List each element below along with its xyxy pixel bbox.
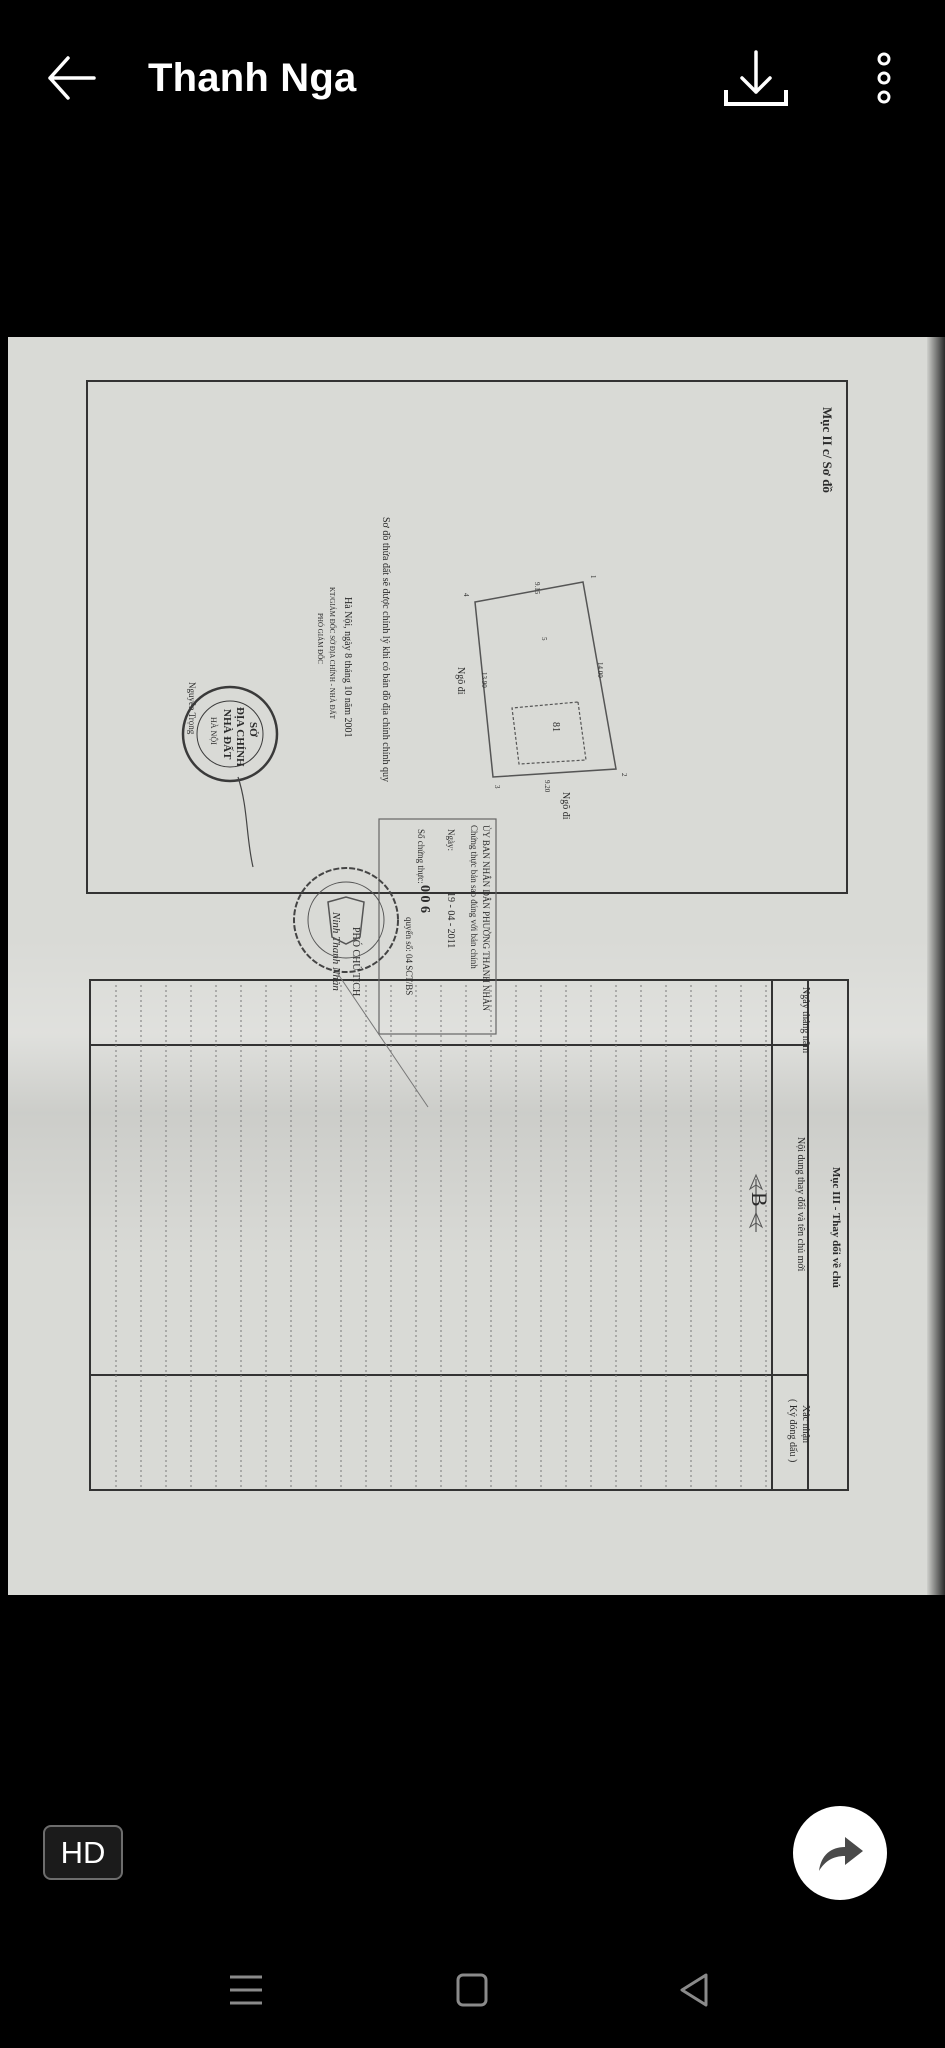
col-header-confirm-note: ( Ký đóng dấu ) xyxy=(787,1399,798,1462)
col-header-confirm: Xác nhận xyxy=(800,1405,811,1443)
svg-text:Số chứng thực:: Số chứng thực: xyxy=(416,829,426,884)
download-icon xyxy=(720,48,792,110)
svg-text:19 - 04 - 2011: 19 - 04 - 2011 xyxy=(445,892,456,948)
signer-title: KT/GIÁM ĐỐC SỞ ĐỊA CHÍNH - NHÀ ĐẤT xyxy=(328,587,336,720)
svg-text:1: 1 xyxy=(589,575,597,579)
svg-text:ỦY BAN NHÂN DÂN PHƯỜNG THANH N: ỦY BAN NHÂN DÂN PHƯỜNG THANH NHÀN xyxy=(481,825,491,1011)
hd-toggle-button[interactable]: HD xyxy=(43,1825,123,1880)
svg-text:Ninh Thanh Nhàn: Ninh Thanh Nhàn xyxy=(330,911,342,991)
section-ii-heading: Mục II c/ Sơ đồ xyxy=(820,407,835,493)
svg-text:Ngày:: Ngày: xyxy=(446,829,456,851)
svg-text:5: 5 xyxy=(540,637,548,641)
home-icon xyxy=(454,1972,490,2008)
share-button[interactable] xyxy=(793,1806,887,1900)
svg-text:SỞ: SỞ xyxy=(247,722,259,737)
nav-back-icon xyxy=(676,1972,712,2008)
section-iii-heading: Mục III - Thay đổi về chủ xyxy=(830,1167,842,1288)
back-button[interactable] xyxy=(44,50,100,106)
share-icon xyxy=(815,1831,865,1875)
svg-text:13.90: 13.90 xyxy=(480,672,488,688)
svg-text:Chứng thực bản sao đúng với bả: Chứng thực bản sao đúng với bản chính xyxy=(469,825,479,969)
recent-apps-icon xyxy=(228,1972,264,2008)
nav-back-button[interactable] xyxy=(676,1972,712,2008)
svg-text:9.20: 9.20 xyxy=(543,780,551,793)
svg-text:4: 4 xyxy=(462,593,470,597)
conversation-title: Thanh Nga xyxy=(148,56,356,101)
svg-text:3: 3 xyxy=(493,785,501,789)
north-arrow-icon: B xyxy=(747,1175,772,1232)
signer-subtitle: PHÓ GIÁM ĐỐC xyxy=(316,613,324,664)
road-label: Ngõ đi xyxy=(455,667,466,695)
svg-text:B: B xyxy=(747,1192,772,1207)
svg-text:14.00: 14.00 xyxy=(596,662,604,678)
col-header-date: Ngày tháng năm xyxy=(800,987,811,1053)
plot-diagram: 14.00 9.20 13.90 9.15 1 2 3 4 5 81 Ngõ đ… xyxy=(455,575,628,820)
top-app-bar: Thanh Nga xyxy=(0,0,945,160)
place-date: Hà Nội, ngày 8 tháng 10 năm 2001 xyxy=(342,597,353,738)
col-header-content: Nội dung thay đổi và tên chủ mới xyxy=(795,1137,806,1272)
arrow-left-icon xyxy=(44,50,100,106)
document-drawing: Mục II c/ Sơ đồ B 14.00 9.20 13.90 9.15 … xyxy=(8,337,945,1595)
more-options-button[interactable] xyxy=(864,50,904,106)
svg-text:ĐỊA CHÍNH: ĐỊA CHÍNH xyxy=(234,707,246,767)
svg-text:0 0 6: 0 0 6 xyxy=(417,885,432,913)
svg-text:HÀ NỘI: HÀ NỘI xyxy=(209,717,219,745)
recent-apps-button[interactable] xyxy=(228,1972,264,2008)
diagram-note: Sơ đồ thửa đất sẽ được chỉnh lý khi có b… xyxy=(380,517,391,782)
certification-stamp: ỦY BAN NHÂN DÂN PHƯỜNG THANH NHÀN Chứng … xyxy=(294,819,496,1107)
svg-text:81: 81 xyxy=(550,722,561,732)
home-button[interactable] xyxy=(454,1972,490,2008)
svg-text:quyển số: 04 SCT/BS: quyển số: 04 SCT/BS xyxy=(404,917,414,995)
more-vertical-icon xyxy=(864,50,904,106)
svg-text:9.15: 9.15 xyxy=(533,582,541,595)
svg-text:2: 2 xyxy=(620,773,628,777)
svg-text:NHÀ ĐẤT: NHÀ ĐẤT xyxy=(221,709,234,760)
document-photo[interactable]: Mục II c/ Sơ đồ B 14.00 9.20 13.90 9.15 … xyxy=(8,337,945,1595)
road-label: Ngõ đi xyxy=(560,792,571,820)
download-button[interactable] xyxy=(720,48,792,110)
